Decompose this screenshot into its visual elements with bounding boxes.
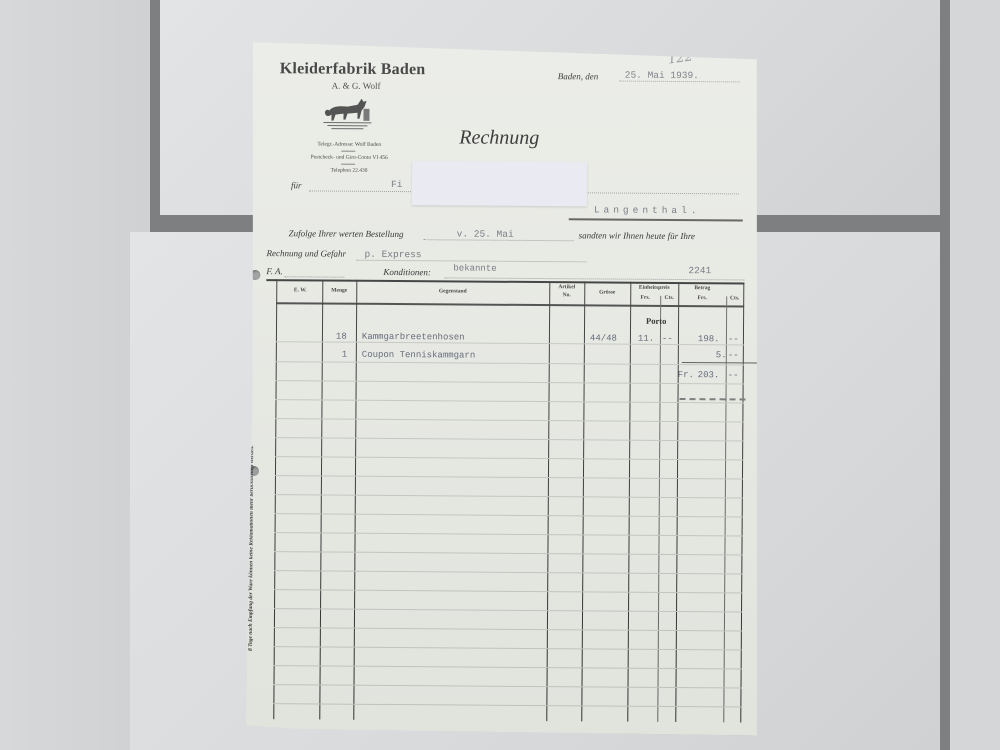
shipping-line bbox=[356, 260, 586, 263]
telegram-address: Telegr.-Adresse: Wolf Baden bbox=[289, 141, 409, 148]
row-line bbox=[274, 589, 742, 593]
row-line bbox=[275, 418, 743, 422]
row-line bbox=[274, 570, 742, 574]
col-header-betrag: Betrag bbox=[678, 284, 726, 292]
total-label: Fr. bbox=[678, 370, 694, 380]
column-divider bbox=[581, 281, 585, 721]
telephone: Telephon 22.438 bbox=[289, 167, 409, 174]
row2-gegenstand: Coupon Tenniskammgarn bbox=[362, 350, 475, 361]
conditions-value: bekannte bbox=[453, 263, 496, 273]
shipping-value: p. Express bbox=[364, 249, 421, 260]
row-line bbox=[274, 646, 742, 650]
row-line bbox=[275, 437, 743, 441]
row2-b-cts: -- bbox=[728, 350, 739, 360]
row1-ep-cts: -- bbox=[662, 334, 673, 344]
column-divider bbox=[657, 296, 661, 722]
total-frs: 203. bbox=[698, 370, 720, 380]
row-line bbox=[276, 399, 744, 403]
wolf-logo-icon bbox=[319, 92, 375, 132]
fa-label: F. A. bbox=[266, 266, 283, 276]
divider bbox=[341, 164, 355, 165]
column-divider bbox=[546, 281, 550, 721]
row-line bbox=[276, 341, 744, 345]
document-title: Rechnung bbox=[459, 126, 539, 150]
row-line bbox=[275, 475, 743, 479]
column-divider bbox=[675, 282, 679, 722]
postcheck-account: Postcheck- und Giro-Conto VI 456 bbox=[289, 154, 409, 161]
col-header-b-cts: Cts. bbox=[726, 294, 743, 302]
row2-menge: 1 bbox=[342, 350, 347, 360]
row-line bbox=[274, 684, 742, 688]
column-divider bbox=[319, 280, 323, 720]
row-line bbox=[274, 608, 742, 612]
place-label: Baden, den bbox=[558, 71, 599, 81]
total-cts: -- bbox=[728, 370, 739, 380]
column-divider bbox=[740, 282, 744, 722]
column-divider bbox=[627, 282, 631, 722]
divider bbox=[341, 151, 355, 152]
total-double-line bbox=[680, 398, 746, 400]
row-line bbox=[273, 703, 741, 707]
city-underline bbox=[569, 218, 743, 221]
col-header-artikel-l1: Artikel bbox=[549, 283, 584, 291]
recipient-label: für bbox=[291, 180, 302, 190]
order-date: v. 25. Mai bbox=[457, 228, 514, 239]
recipient-city: Langenthal. bbox=[594, 204, 701, 216]
company-owners: A. & G. Wolf bbox=[332, 81, 381, 91]
col-header-b-frs: Frs. bbox=[678, 294, 726, 302]
row2-b-frs: 5. bbox=[716, 350, 727, 360]
floor-tile bbox=[0, 0, 150, 750]
reference-number: 2241 bbox=[688, 265, 711, 276]
row-line bbox=[275, 456, 743, 460]
date-line bbox=[620, 81, 740, 83]
col-header-gegenstand: Gegenstand bbox=[356, 287, 549, 296]
row1-gegenstand: Kammgarbreetenhosen bbox=[362, 332, 465, 343]
row-line bbox=[274, 551, 742, 555]
col-header-groesse: Grösse bbox=[584, 288, 630, 296]
col-header-ep-cts: Cts. bbox=[660, 294, 678, 302]
row1-groesse: 44/48 bbox=[590, 333, 617, 343]
row-line bbox=[275, 513, 743, 517]
row-line bbox=[275, 494, 743, 498]
row1-b-frs: 198. bbox=[698, 334, 720, 344]
row1-menge: 18 bbox=[336, 332, 347, 342]
conditions-label: Konditionen: bbox=[383, 267, 431, 277]
row1-b-cts: -- bbox=[728, 334, 739, 344]
invoice-document: Kleiderfabrik Baden A. & G. Wolf Telegr.… bbox=[245, 42, 762, 736]
col-header-einheitspreis: Einheitspreis bbox=[630, 284, 678, 292]
order-text-before: Zufolge Ihrer werten Bestellung bbox=[289, 228, 404, 239]
row-line bbox=[274, 627, 742, 631]
column-divider bbox=[273, 279, 277, 719]
column-divider bbox=[353, 280, 357, 720]
recipient-firm: Fi bbox=[391, 179, 402, 190]
row-line bbox=[276, 380, 744, 384]
shipping-label: Rechnung und Gefahr bbox=[266, 248, 346, 259]
floor-tile bbox=[950, 0, 1000, 750]
row-line bbox=[276, 361, 744, 365]
order-text-after: sandten wir Ihnen heute für Ihre bbox=[579, 230, 695, 241]
company-name: Kleiderfabrik Baden bbox=[280, 60, 426, 79]
col-header-ep-frs: Frs. bbox=[630, 294, 660, 302]
row1-ep-frs: 11. bbox=[638, 334, 654, 344]
col-header-artikel-l2: No. bbox=[549, 291, 584, 299]
invoice-date: 25. Mai 1939. bbox=[625, 70, 699, 82]
redaction-paper bbox=[412, 161, 587, 206]
row-line bbox=[274, 665, 742, 669]
fa-line bbox=[284, 276, 344, 277]
invoice-table: E. W. Menge Gegenstand Artikel No. Gröss… bbox=[263, 279, 744, 722]
col-header-artikel: Artikel No. bbox=[549, 283, 584, 299]
table-header-border bbox=[276, 302, 744, 307]
row-line bbox=[275, 532, 743, 536]
col-header-menge: Menge bbox=[322, 287, 356, 295]
porto-label: Porto bbox=[646, 316, 666, 326]
col-header-ew: E. W. bbox=[278, 286, 322, 294]
